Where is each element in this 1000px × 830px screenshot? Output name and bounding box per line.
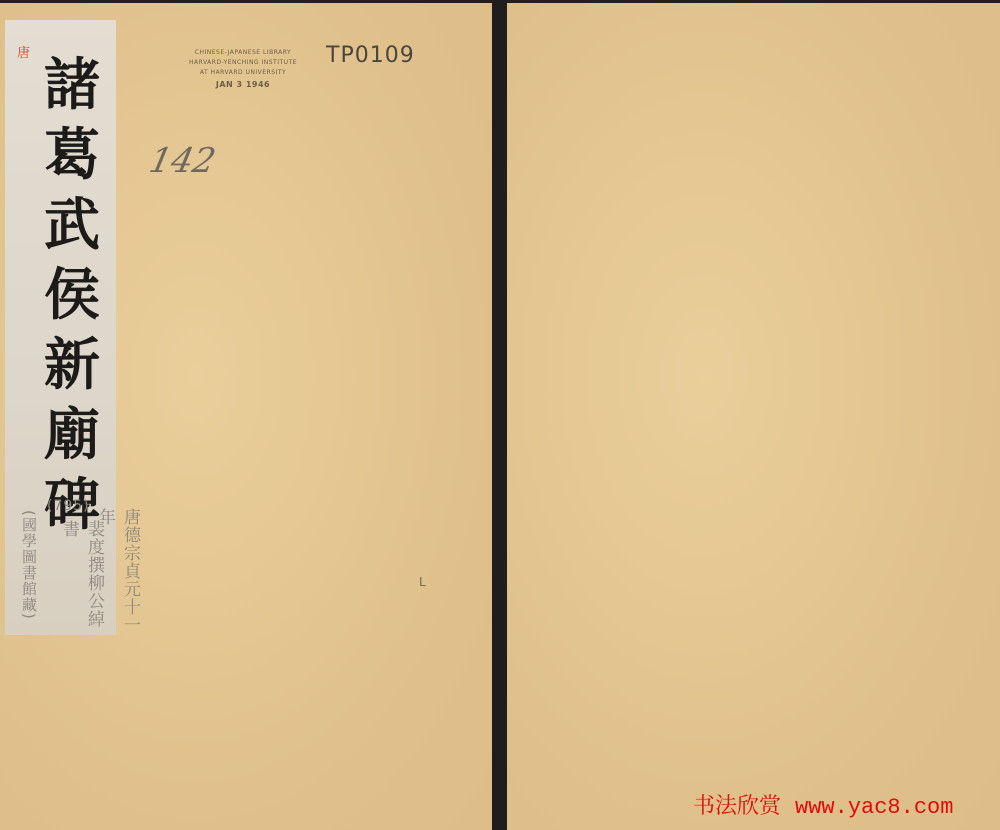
left-page: 唐 諸 葛 武 侯 新 廟 碑 唐德宗貞元十一年 (795) 裴度撰柳公綽書 (… [0,3,492,830]
pencil-mark: L [419,575,426,589]
book-title: 諸 葛 武 侯 新 廟 碑 [33,50,111,540]
catalog-number: TP0109 [326,43,415,68]
title-char: 諸 [44,50,100,120]
stamp-line: HARVARD-YENCHING INSTITUTE [188,58,298,68]
stamp-line: AT HARVARD UNIVERSITY [188,68,298,78]
title-char: 廟 [44,400,100,470]
stamp-date: JAN 3 1946 [188,80,298,90]
title-char: 武 [44,190,100,260]
title-char: 新 [44,330,100,400]
watermark-url: www.yac8.com [795,795,953,820]
volume-number: 142 [146,141,219,181]
author-note: 裴度撰柳公綽書 [57,520,107,635]
library-stamp: CHINESE-JAPANESE LIBRARY HARVARD-YENCHIN… [188,48,298,90]
book-spine-divider [492,0,507,830]
red-seal: 唐 [17,42,30,61]
watermark: 书法欣赏www.yac8.com [693,789,953,820]
title-label-slip: 唐 諸 葛 武 侯 新 廟 碑 唐德宗貞元十一年 (795) 裴度撰柳公綽書 (… [5,20,116,635]
title-char: 葛 [44,120,100,190]
copy-note: (國學圖書館藏) [19,510,40,620]
title-char: 侯 [44,260,100,330]
year-note: (795) [47,498,90,514]
right-page [507,3,1000,830]
stamp-line: CHINESE-JAPANESE LIBRARY [188,48,298,58]
watermark-text: 书法欣赏 [693,794,781,819]
